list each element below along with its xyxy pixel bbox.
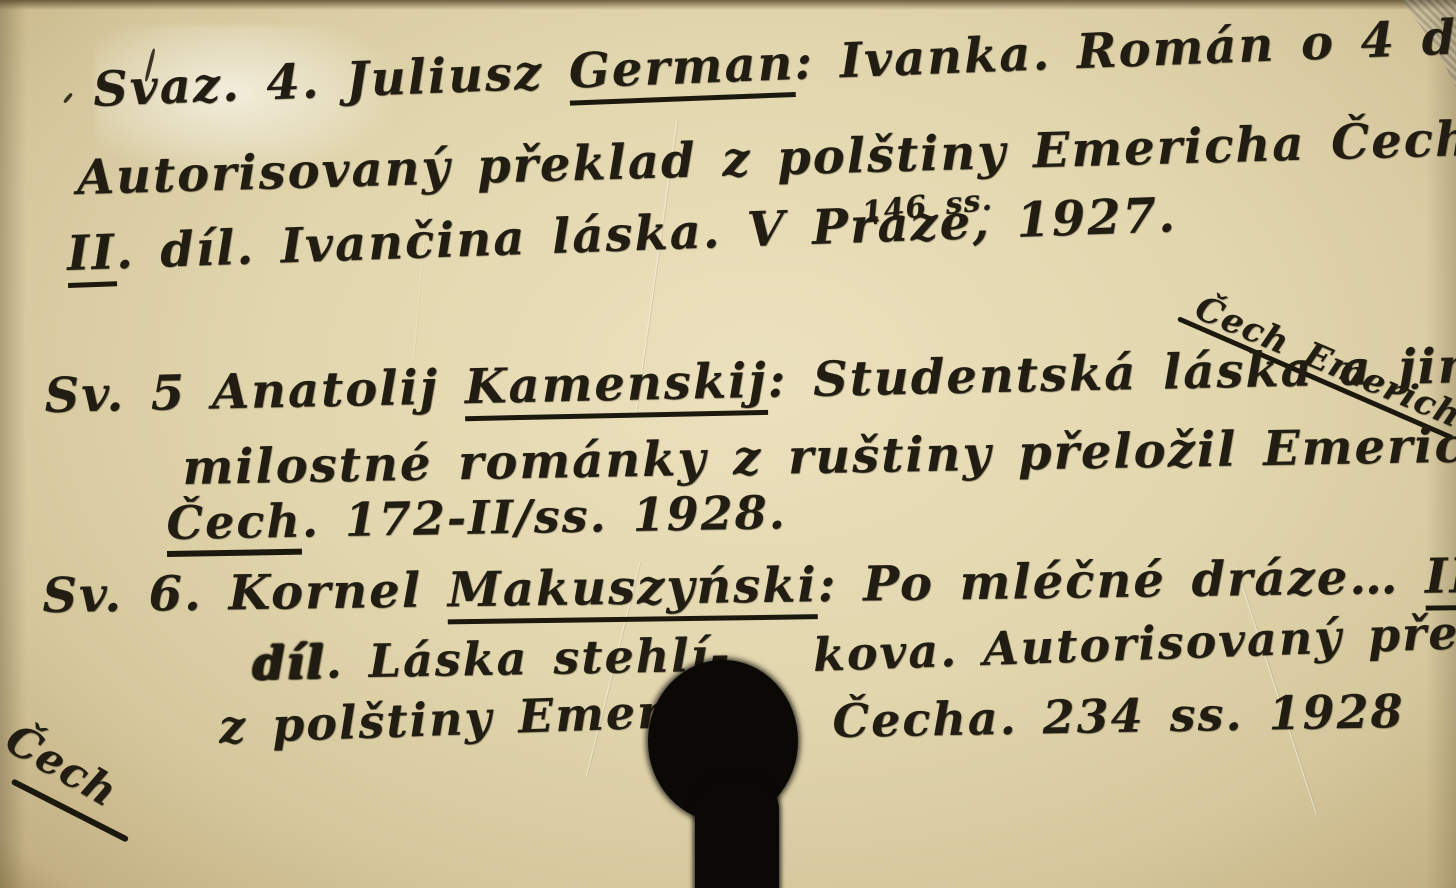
title-continuation: . Láska stehlí- <box>325 628 732 689</box>
series-and-author: Sv. 6. Kornel <box>42 562 448 624</box>
author-name-underlined: Kamenskij <box>464 353 768 421</box>
entry3-line3-right: Čecha. 234 ss. 1928 <box>832 684 1405 748</box>
blotted-word: díl <box>252 635 326 690</box>
entry3-line2-right: kova. Autorisovaný překlad <box>812 601 1456 682</box>
entry3-line2-left: díl. Láska stehlí- <box>252 628 732 690</box>
author-name-underlined: German <box>568 35 796 106</box>
title-text: : Po mléčné dráze… <box>817 549 1425 613</box>
volume-roman-numeral: II <box>1425 548 1456 611</box>
series-and-author: Sv. 5 Anatolij <box>44 359 465 424</box>
subtitle-and-imprint: . díl. Ivančina láska. V Praze, 1927. <box>115 187 1178 280</box>
stray-ink-mark <box>63 92 74 104</box>
pages-and-year: . 172-II/ss. 1928. <box>301 485 787 547</box>
author-name-underlined: Makuszyński <box>447 557 818 624</box>
catalog-card: Svaz. 4. Juliusz German: Ivanka. Román o… <box>0 0 1456 888</box>
entry2-line1: Sv. 5 Anatolij Kamenskij: Studentská lás… <box>44 337 1456 424</box>
translator-name-underlined: Čech <box>166 494 302 557</box>
entry2-line3: Čech. 172-II/ss. 1928. <box>166 485 787 550</box>
title-text: : Studentská láska a jiné <box>767 337 1456 408</box>
title-text: : Ivanka. Román o 4 dílech <box>793 4 1456 91</box>
punch-hole-slot <box>695 780 779 888</box>
entry1-line1: Svaz. 4. Juliusz German: Ivanka. Román o… <box>92 4 1456 118</box>
volume-roman-numeral: II <box>66 224 117 288</box>
scan-edge-top <box>0 0 1456 10</box>
entry2-line2: milostné románky z ruštiny přeložil Emer… <box>182 417 1456 496</box>
